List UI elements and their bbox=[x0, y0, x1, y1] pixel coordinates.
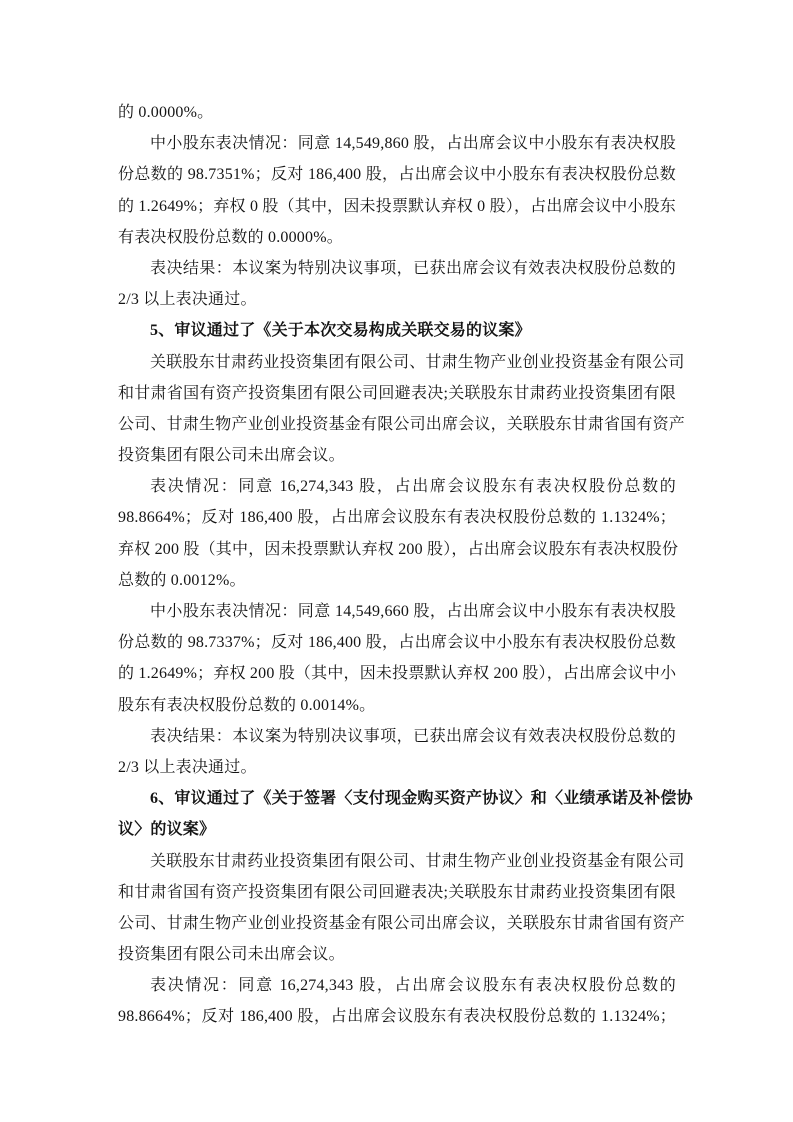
document-page: 的 0.0000%。中小股东表决情况：同意 14,549,860 股，占出席会议… bbox=[0, 0, 793, 1122]
text-line: 份总数的 98.7337%；反对 186,400 股，占出席会议中小股东有表决权… bbox=[118, 627, 676, 658]
text-line: 的 1.2649%；弃权 0 股（其中，因未投票默认弃权 0 股），占出席会议中… bbox=[118, 191, 676, 222]
text-line: 有表决权股份总数的 0.0000%。 bbox=[118, 222, 676, 253]
text-line: 关联股东甘肃药业投资集团有限公司、甘肃生物产业创业投资基金有限公司 bbox=[118, 846, 676, 877]
text-line: 中小股东表决情况：同意 14,549,660 股，占出席会议中小股东有表决权股 bbox=[118, 596, 676, 627]
text-line: 2/3 以上表决通过。 bbox=[118, 284, 676, 315]
text-line: 总数的 0.0012%。 bbox=[118, 565, 676, 596]
text-line: 的 1.2649%；弃权 200 股（其中，因未投票默认弃权 200 股），占出… bbox=[118, 658, 676, 689]
text-line: 2/3 以上表决通过。 bbox=[118, 752, 676, 783]
text-line: 股东有表决权股份总数的 0.0014%。 bbox=[118, 690, 676, 721]
text-line: 弃权 200 股（其中，因未投票默认弃权 200 股），占出席会议股东有表决权股… bbox=[118, 534, 676, 565]
text-line: 98.8664%；反对 186,400 股，占出席会议股东有表决权股份总数的 1… bbox=[118, 502, 676, 533]
text-line: 5、审议通过了《关于本次交易构成关联交易的议案》 bbox=[118, 315, 676, 346]
text-line: 表决结果：本议案为特别决议事项，已获出席会议有效表决权股份总数的 bbox=[118, 253, 676, 284]
text-line: 98.8664%；反对 186,400 股，占出席会议股东有表决权股份总数的 1… bbox=[118, 1001, 676, 1032]
text-line: 投资集团有限公司未出席会议。 bbox=[118, 440, 676, 471]
text-line: 公司、甘肃生物产业创业投资基金有限公司出席会议，关联股东甘肃省国有资产 bbox=[118, 908, 676, 939]
text-line: 关联股东甘肃药业投资集团有限公司、甘肃生物产业创业投资基金有限公司 bbox=[118, 347, 676, 378]
text-line: 和甘肃省国有资产投资集团有限公司回避表决;关联股东甘肃药业投资集团有限 bbox=[118, 877, 676, 908]
text-line: 中小股东表决情况：同意 14,549,860 股，占出席会议中小股东有表决权股 bbox=[118, 128, 676, 159]
text-line: 投资集团有限公司未出席会议。 bbox=[118, 939, 676, 970]
document-text-block: 的 0.0000%。中小股东表决情况：同意 14,549,860 股，占出席会议… bbox=[118, 97, 676, 1033]
text-line: 公司、甘肃生物产业创业投资基金有限公司出席会议，关联股东甘肃省国有资产 bbox=[118, 409, 676, 440]
text-line: 份总数的 98.7351%；反对 186,400 股，占出席会议中小股东有表决权… bbox=[118, 159, 676, 190]
text-line: 的 0.0000%。 bbox=[118, 97, 676, 128]
text-line: 和甘肃省国有资产投资集团有限公司回避表决;关联股东甘肃药业投资集团有限 bbox=[118, 378, 676, 409]
text-line: 表决情况：同意 16,274,343 股，占出席会议股东有表决权股份总数的 bbox=[118, 471, 676, 502]
text-line: 表决情况：同意 16,274,343 股，占出席会议股东有表决权股份总数的 bbox=[118, 970, 676, 1001]
text-line: 6、审议通过了《关于签署〈支付现金购买资产协议〉和〈业绩承诺及补偿协 bbox=[118, 783, 676, 814]
text-line: 表决结果：本议案为特别决议事项，已获出席会议有效表决权股份总数的 bbox=[118, 721, 676, 752]
text-line: 议〉的议案》 bbox=[118, 814, 676, 845]
